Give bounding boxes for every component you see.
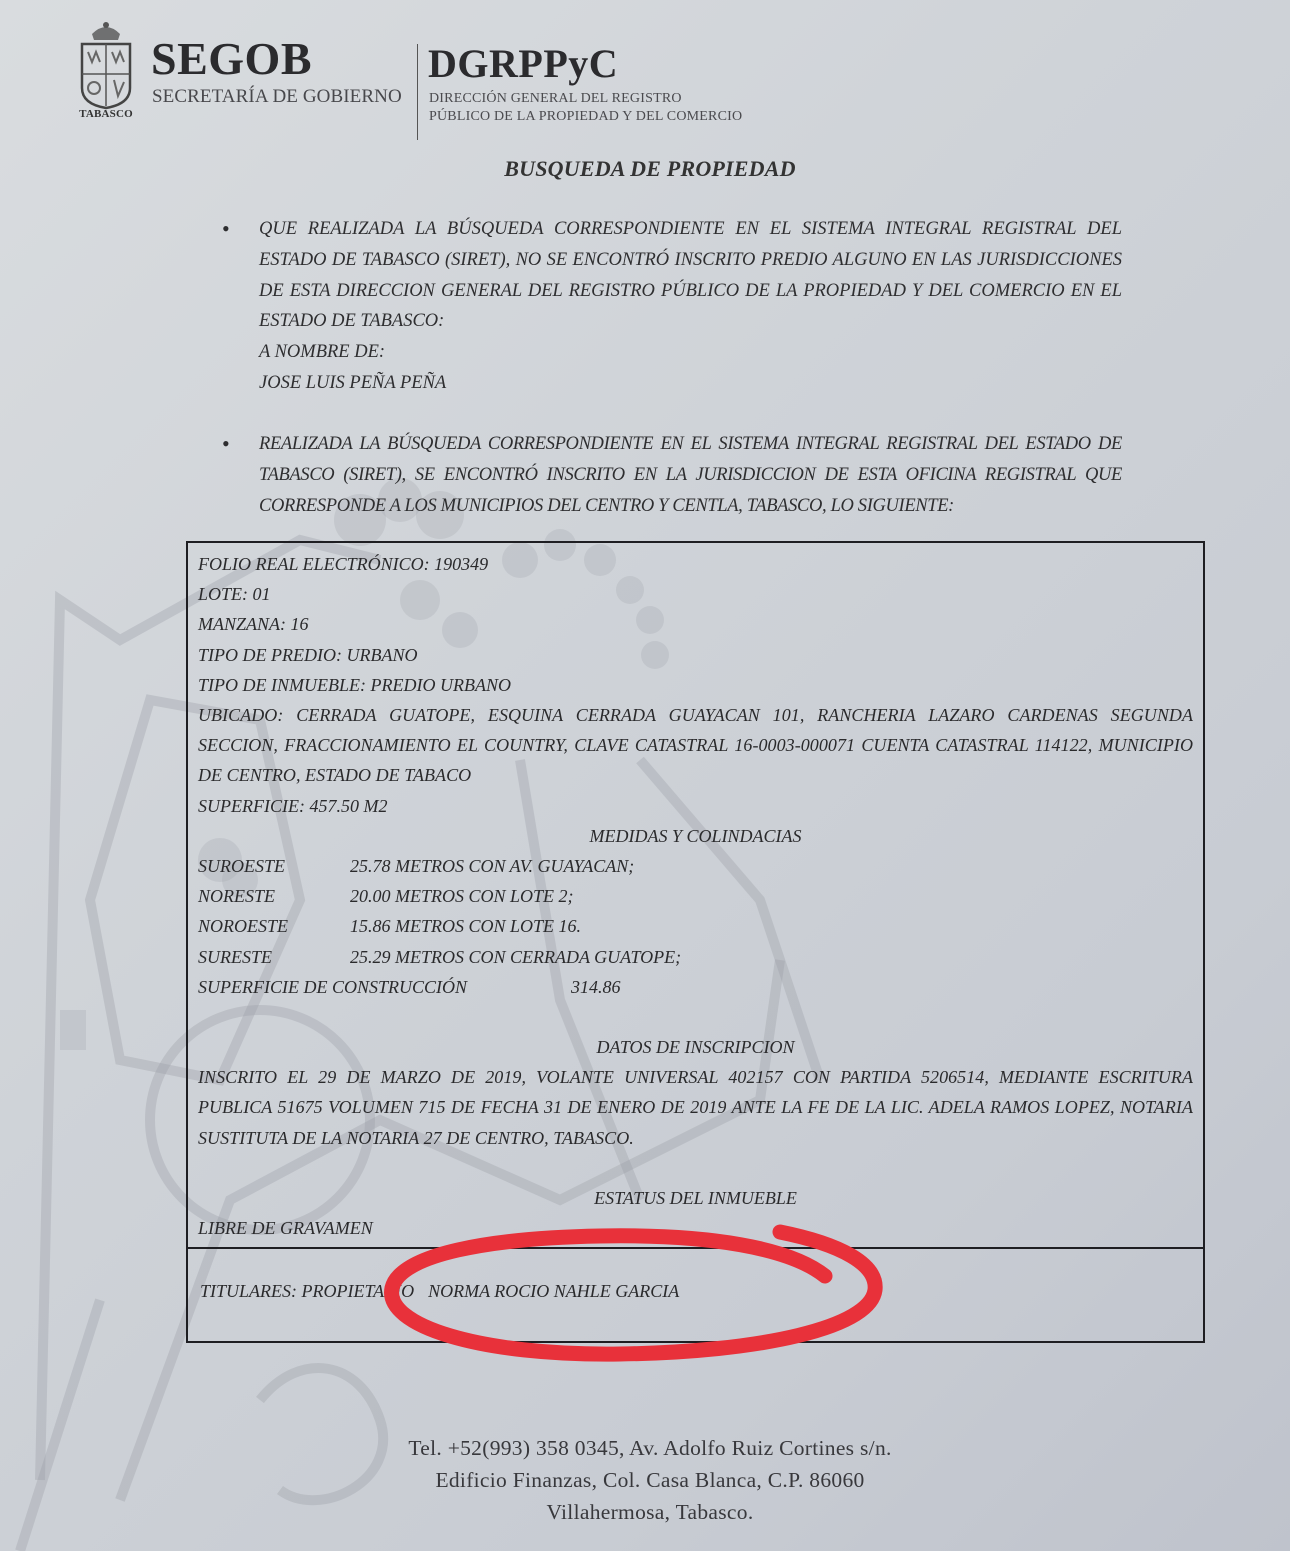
inscripcion-heading: DATOS DE INSCRIPCION — [198, 1032, 1193, 1062]
folio: FOLIO REAL ELECTRÓNICO: 190349 — [198, 549, 1193, 579]
measure-row: NOROESTE 15.86 METROS CON LOTE 16. — [198, 911, 1193, 941]
measure-description: 25.29 METROS CON CERRADA GUATOPE; — [350, 942, 681, 972]
measure-direction: NOROESTE — [198, 911, 350, 941]
titulares-row: TITULARES: PROPIETARIONORMA ROCIO NAHLE … — [200, 1281, 679, 1302]
measure-description: 20.00 METROS CON LOTE 2; — [350, 881, 574, 911]
medidas-heading: MEDIDAS Y COLINDACIAS — [198, 821, 1193, 851]
crest-label: TABASCO — [73, 108, 139, 120]
tipo-predio: TIPO DE PREDIO: URBANO — [198, 640, 1193, 670]
measure-row: SURESTE 25.29 METROS CON CERRADA GUATOPE… — [198, 942, 1193, 972]
agency-acronym: DGRPPyC — [428, 44, 618, 84]
bullet-text: REALIZADA LA BÚSQUEDA CORRESPONDIENTE EN… — [259, 429, 1122, 521]
bullet-icon: • — [222, 429, 230, 460]
searched-name: JOSE LUIS PEÑA PEÑA — [259, 368, 1122, 399]
agency-name-line1: DIRECCIÓN GENERAL DEL REGISTRO — [429, 90, 742, 108]
bullet-icon: • — [222, 214, 230, 245]
bullet-no-property-found: • QUE REALIZADA LA BÚSQUEDA CORRESPONDIE… — [222, 214, 1122, 399]
estatus-heading: ESTATUS DEL INMUEBLE — [198, 1183, 1193, 1213]
tipo-inmueble: TIPO DE INMUEBLE: PREDIO URBANO — [198, 670, 1193, 700]
estatus-value: LIBRE DE GRAVAMEN — [198, 1213, 1193, 1243]
measure-direction: SUROESTE — [198, 851, 350, 881]
construccion-label: SUPERFICIE DE CONSTRUCCIÓN — [198, 972, 571, 1002]
bullet-text: QUE REALIZADA LA BÚSQUEDA CORRESPONDIENT… — [259, 214, 1122, 337]
superficie: SUPERFICIE: 457.50 M2 — [198, 791, 1193, 821]
segob-logo-title: SEGOB — [151, 36, 312, 82]
measure-description: 15.86 METROS CON LOTE 16. — [350, 911, 581, 941]
measure-direction: SURESTE — [198, 942, 350, 972]
header-divider — [417, 44, 418, 140]
document-title: BUSQUEDA DE PROPIEDAD — [0, 156, 1290, 182]
agency-name-line2: PÚBLICO DE LA PROPIEDAD Y DEL COMERCIO — [429, 108, 742, 126]
property-record-box: FOLIO REAL ELECTRÓNICO: 190349 LOTE: 01 … — [186, 541, 1205, 1343]
agency-name: DIRECCIÓN GENERAL DEL REGISTRO PÚBLICO D… — [429, 90, 742, 126]
footer-line-1: Tel. +52(993) 358 0345, Av. Adolfo Ruiz … — [0, 1432, 1290, 1464]
footer-line-2: Edificio Finanzas, Col. Casa Blanca, C.P… — [0, 1464, 1290, 1496]
measure-row: NORESTE 20.00 METROS CON LOTE 2; — [198, 881, 1193, 911]
construccion-value: 314.86 — [571, 972, 621, 1002]
measure-direction: NORESTE — [198, 881, 350, 911]
lote: LOTE: 01 — [198, 579, 1193, 609]
measure-row: SUROESTE 25.78 METROS CON AV. GUAYACAN; — [198, 851, 1193, 881]
box-divider — [188, 1247, 1203, 1249]
name-label: A NOMBRE DE: — [259, 337, 1122, 368]
construccion-row: SUPERFICIE DE CONSTRUCCIÓN 314.86 — [198, 972, 1193, 1002]
footer-address: Tel. +52(993) 358 0345, Av. Adolfo Ruiz … — [0, 1432, 1290, 1528]
bullet-property-found: • REALIZADA LA BÚSQUEDA CORRESPONDIENTE … — [222, 429, 1122, 521]
measure-description: 25.78 METROS CON AV. GUAYACAN; — [350, 851, 634, 881]
manzana: MANZANA: 16 — [198, 609, 1193, 639]
inscripcion-text: INSCRITO EL 29 DE MARZO DE 2019, VOLANTE… — [198, 1062, 1193, 1153]
segob-subtitle: SECRETARÍA DE GOBIERNO — [152, 86, 402, 108]
ubicado: UBICADO: CERRADA GUATOPE, ESQUINA CERRAD… — [198, 700, 1193, 791]
footer-line-3: Villahermosa, Tabasco. — [0, 1496, 1290, 1528]
titulares-label: TITULARES: PROPIETARIO — [200, 1281, 414, 1301]
owner-name: NORMA ROCIO NAHLE GARCIA — [428, 1281, 679, 1301]
